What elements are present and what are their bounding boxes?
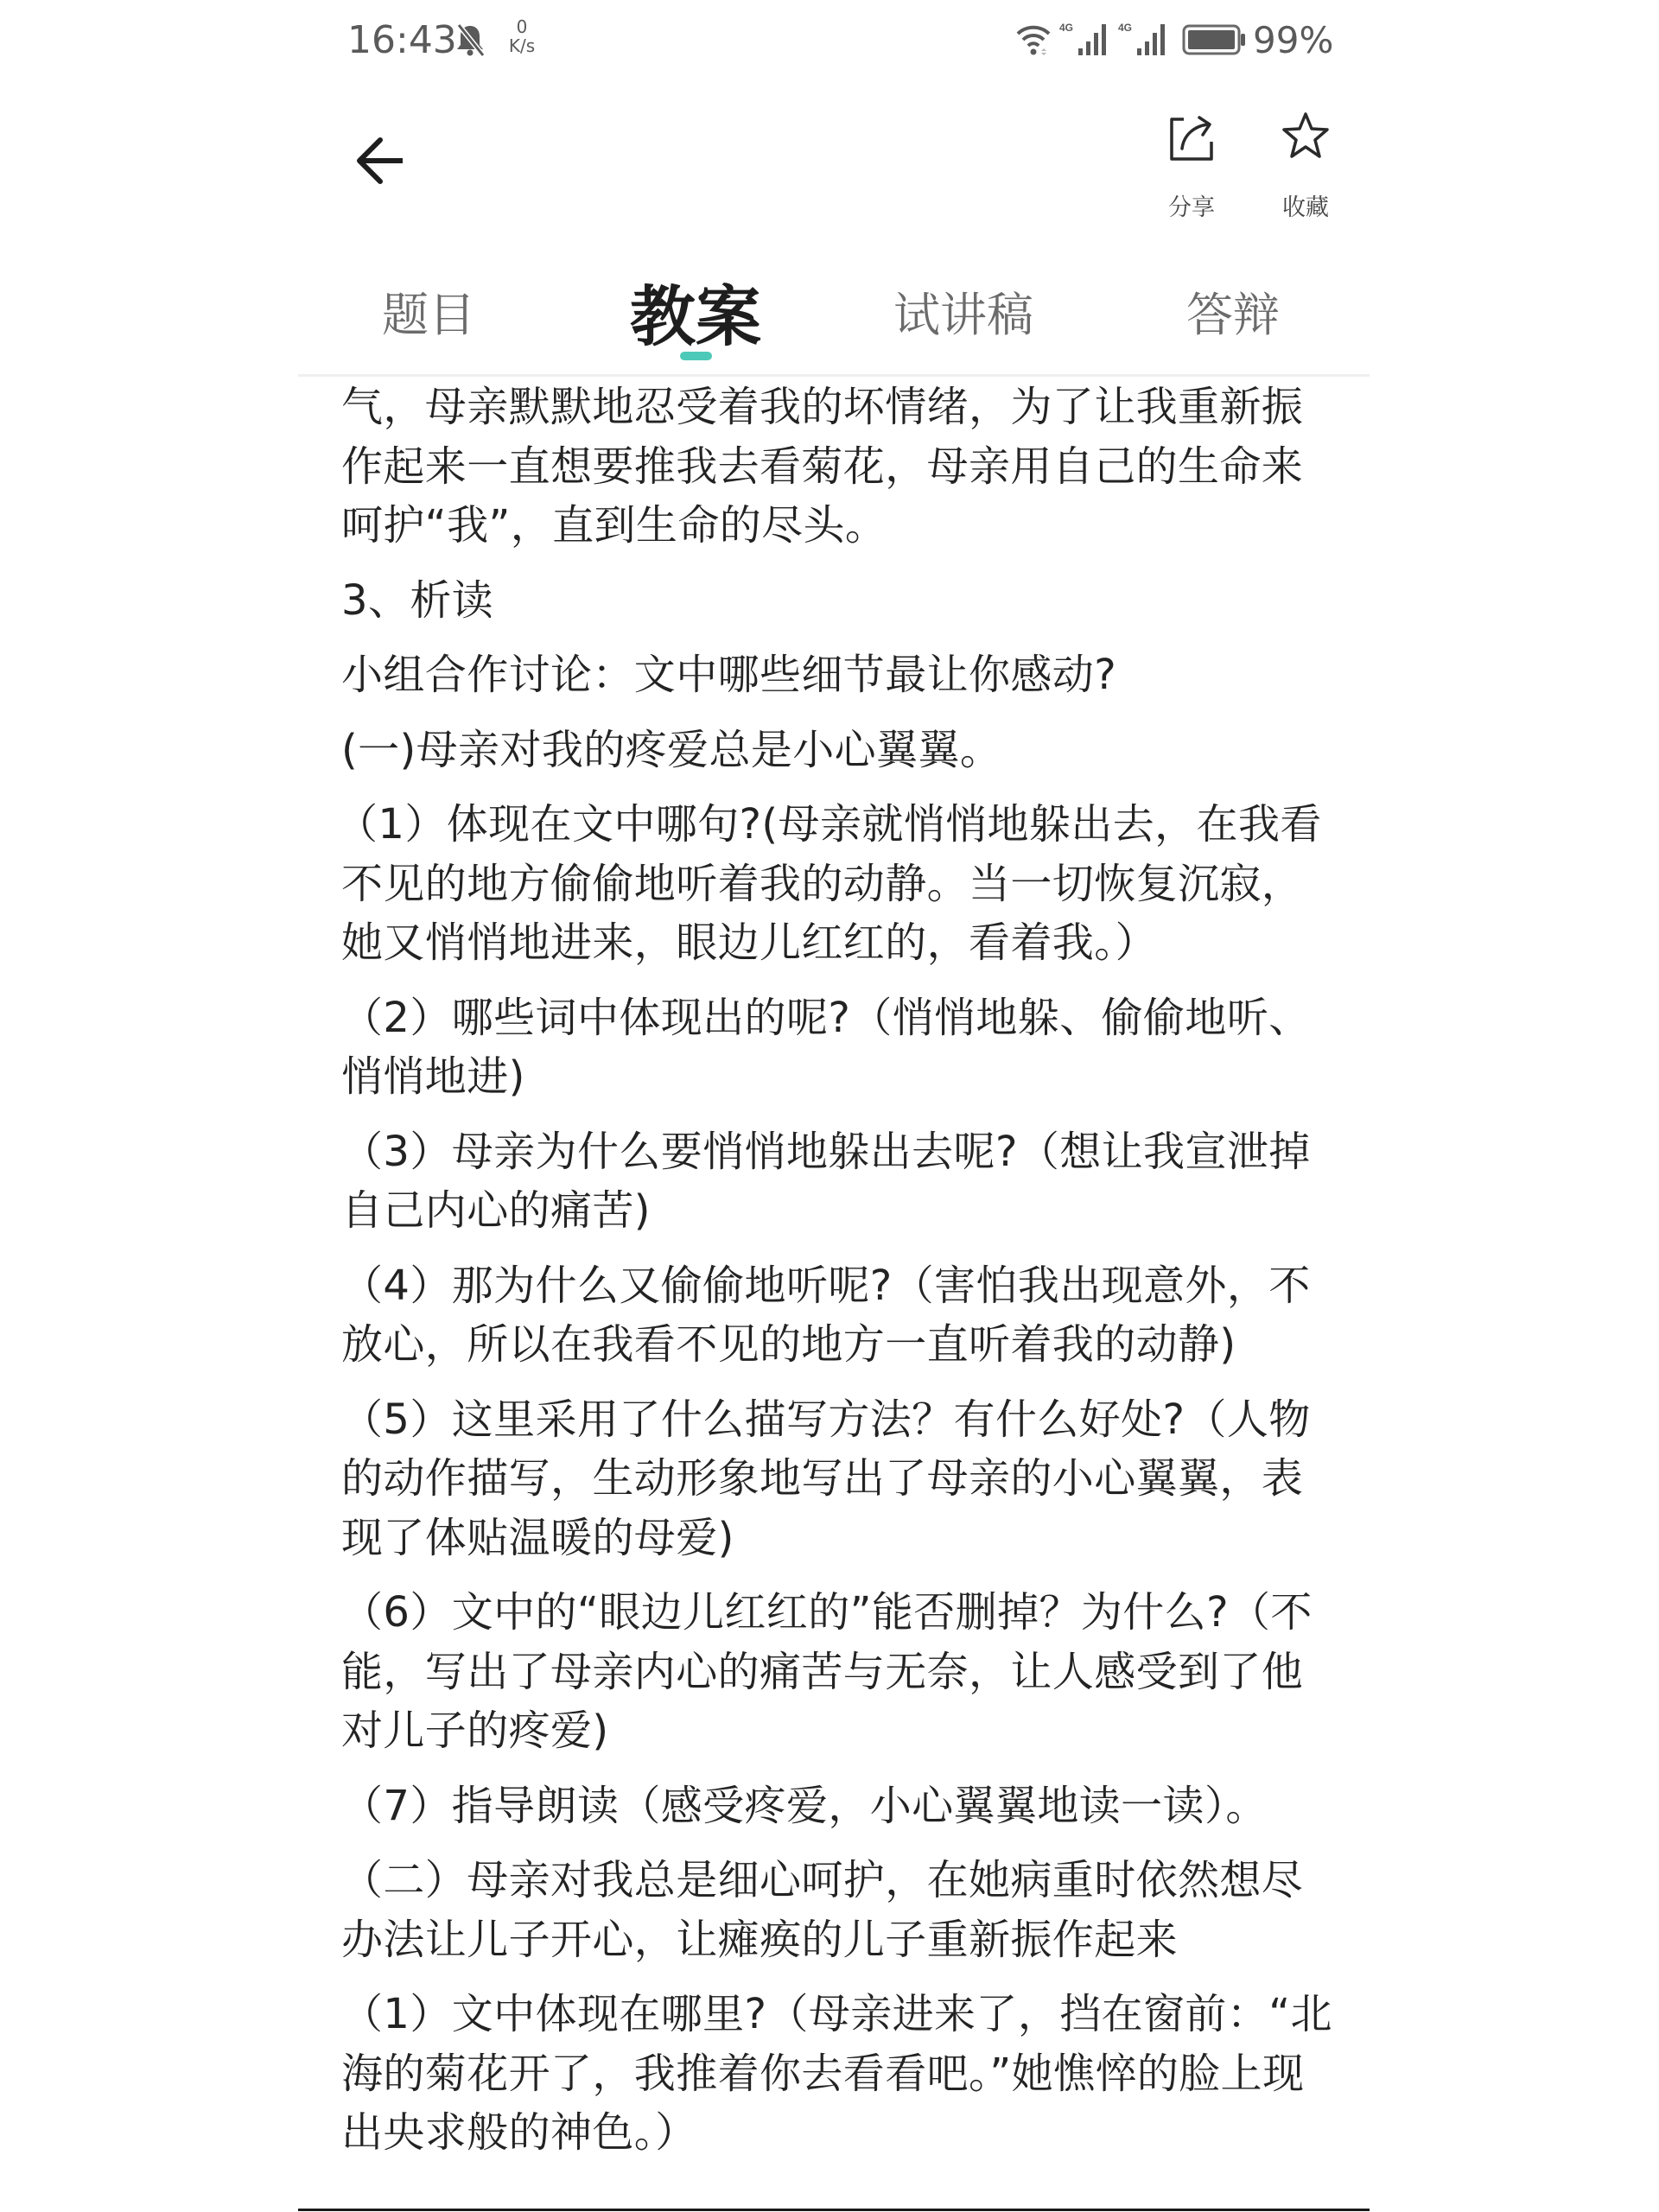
paragraph: （6）文中的“眼边儿红红的”能否删掉？为什么?（不能，写出了母亲内心的痛苦与无奈…: [341, 1583, 1335, 1761]
tab-topic[interactable]: 题目: [363, 268, 494, 354]
network-speed: 0 K/s: [503, 17, 541, 55]
paragraph: （1）体现在文中哪句?(母亲就悄悄地躲出去，在我看不见的地方偷偷地听着我的动静。…: [341, 795, 1335, 973]
paragraph: （3）母亲为什么要悄悄地躲出去呢?（想让我宣泄掉自己内心的痛苦): [341, 1122, 1335, 1241]
network-speed-unit: K/s: [503, 36, 541, 55]
paragraph: 小组合作讨论：文中哪些细节最让你感动?: [341, 645, 1335, 705]
active-tab-indicator: [680, 352, 712, 360]
paragraph: （2）哪些词中体现出的呢?（悄悄地躲、偷偷地听、悄悄地进): [341, 988, 1335, 1107]
section-heading: 3、析读: [341, 571, 1335, 631]
paragraph: 气，母亲默默地忍受着我的坏情绪，为了让我重新振作起来一直想要推我去看菊花，母亲用…: [341, 380, 1335, 556]
share-button[interactable]: 分享: [1144, 114, 1239, 218]
signal-4g-icon: 4G: [1118, 21, 1172, 57]
paragraph: （7）指导朗读（感受疼爱，小心翼翼地读一读）。: [341, 1777, 1335, 1836]
paragraph: （5）这里采用了什么描写方法？有什么好处?（人物的动作描写，生动形象地写出了母亲…: [341, 1390, 1335, 1568]
network-speed-value: 0: [503, 17, 541, 36]
status-time: 16:43: [347, 19, 457, 62]
arrow-left-icon: [354, 137, 406, 188]
paragraph: （1）文中体现在哪里?（母亲进来了，挡在窗前：“北海的菊花开了，我推着你去看看吧…: [341, 1985, 1335, 2163]
bell-muted-icon: [454, 22, 486, 57]
favorite-label: 收藏: [1258, 188, 1353, 222]
paragraph: (一)母亲对我的疼爱总是小心翼翼。: [341, 721, 1335, 780]
tab-label: 试讲稿: [893, 278, 1033, 345]
paragraph: （4）那为什么又偷偷地听呢?（害怕我出现意外，不放心，所以在我看不见的地方一直听…: [341, 1256, 1335, 1375]
tab-divider: [298, 374, 1370, 377]
tab-lesson-plan[interactable]: 教案: [605, 268, 786, 354]
tab-label: 教案: [630, 264, 761, 359]
signal-4g-icon: 4G: [1059, 21, 1113, 57]
share-label: 分享: [1144, 188, 1239, 222]
battery-icon: [1182, 24, 1248, 55]
back-button[interactable]: [346, 130, 415, 195]
share-icon: [1168, 114, 1215, 162]
svg-text:4G: 4G: [1118, 22, 1132, 34]
lesson-plan-content[interactable]: 气，母亲默默地忍受着我的坏情绪，为了让我重新振作起来一直想要推我去看菊花，母亲用…: [341, 380, 1335, 2203]
star-icon: [1281, 111, 1331, 161]
bottom-divider: [298, 2209, 1370, 2211]
paragraph: （二）母亲对我总是细心呵护，在她病重时依然想尽办法让儿子开心，让瘫痪的儿子重新振…: [341, 1851, 1335, 1969]
tab-label: 答辩: [1186, 278, 1280, 345]
tab-defense[interactable]: 答辩: [1166, 268, 1300, 354]
favorite-button[interactable]: 收藏: [1258, 111, 1353, 214]
tab-label: 题目: [382, 278, 475, 345]
tab-lecture-script[interactable]: 试讲稿: [873, 268, 1054, 354]
battery-percent: 99%: [1253, 19, 1333, 62]
svg-text:4G: 4G: [1059, 22, 1073, 34]
wifi-icon: [1014, 22, 1052, 57]
